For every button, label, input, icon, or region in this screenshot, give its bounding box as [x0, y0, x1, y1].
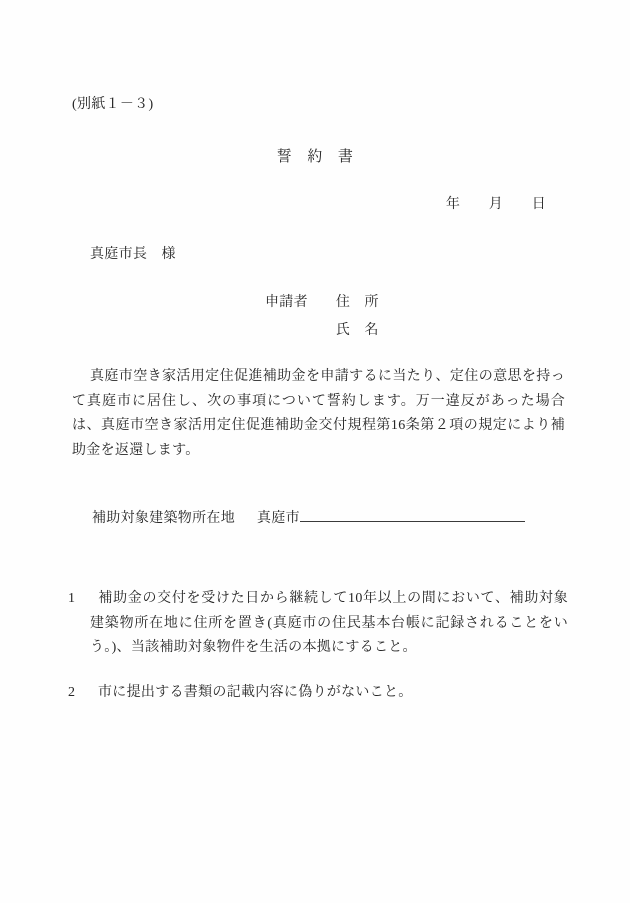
item-1-number: 1: [68, 587, 98, 612]
item-2-number: 2: [68, 681, 98, 706]
property-location-city-prefix: 真庭市: [257, 511, 300, 526]
attachment-label: (別紙１－３): [72, 93, 153, 113]
document-page: (別紙１－３) 誓 約 書 年 月 日 真庭市長 様 申請者 住 所 氏 名 真…: [0, 0, 630, 903]
date-line: 年 月 日: [446, 193, 546, 213]
pledge-paragraph: 真庭市空き家活用定住促進補助金を申請するに当たり、定住の意思を持って真庭市に居住…: [72, 365, 565, 463]
item-2-text: 市に提出する書類の記載内容に偽りがないこと。: [98, 685, 413, 700]
applicant-name-label: 氏 名: [336, 319, 379, 339]
document-title: 誓 約 書: [0, 145, 630, 166]
property-location-line: 補助対象建築物所在地真庭市: [92, 507, 525, 527]
applicant-block: 申請者 住 所 氏 名: [265, 291, 379, 339]
item-1-text: 補助金の交付を受けた日から継続して10年以上の間において、補助対象建築物所在地に…: [90, 591, 568, 655]
property-location-label: 補助対象建築物所在地: [92, 511, 235, 526]
applicant-address-label: 住 所: [336, 291, 379, 311]
property-location-fill-field: [300, 507, 525, 522]
pledge-item-2: 2市に提出する書類の記載内容に偽りがないこと。: [68, 681, 568, 706]
addressee-line: 真庭市長 様: [90, 243, 176, 263]
pledge-item-1: 1補助金の交付を受けた日から継続して10年以上の間において、補助対象建築物所在地…: [68, 587, 568, 661]
applicant-label: 申請者: [265, 291, 308, 311]
